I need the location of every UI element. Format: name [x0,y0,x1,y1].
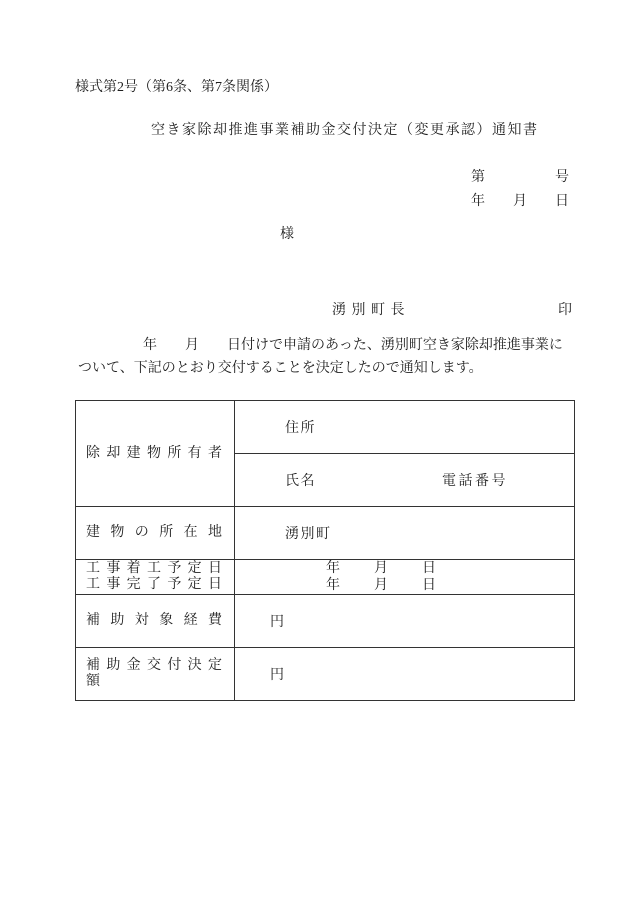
owner-name-label: 氏名 [285,474,316,489]
table-row-grant-amount: 補 助 金 交 付 決 定 額 円 [76,648,575,701]
owner-name-cell: 氏名電話番号 [235,454,575,507]
start-date-value: 年 月 日 [235,560,574,577]
grant-unit: 円 [270,668,284,683]
form-number: 様式第2号（第6条、第7条関係） [75,79,278,97]
issue-date-line: 年 月 日 [390,193,569,211]
owner-label-cell: 除 却 建 物 所 有 者 [76,401,235,507]
body-paragraph-line-2: ついて、下記のとおり交付することを決定したので通知します。 [78,360,483,378]
grant-detail-table: 除 却 建 物 所 有 者 住所 氏名電話番号 建 物 の 所 在 地 湧別町 [75,400,575,701]
construction-dates-value-cell: 年 月 日 年 月 日 [235,560,575,595]
body-paragraph-line-1: 年 月 日付けで申請のあった、湧別町空き家除却推進事業に [143,337,563,355]
grant-label-cell: 補 助 金 交 付 決 定 額 [76,648,235,701]
issuer-title: 湧 別 町 長 [332,302,406,320]
expense-unit: 円 [270,615,284,630]
owner-label: 除 却 建 物 所 有 者 [76,446,234,462]
location-label: 建 物 の 所 在 地 [76,525,234,541]
location-value: 湧別町 [285,527,332,542]
table-row-owner-address: 除 却 建 物 所 有 者 住所 [76,401,575,454]
addressee-suffix: 様 [280,226,294,244]
grant-value-cell: 円 [235,648,575,701]
expense-value-cell: 円 [235,595,575,648]
owner-address-cell: 住所 [235,401,575,454]
seal-placeholder: 印 [558,302,572,320]
doc-number-line: 第 号 [390,169,569,187]
grant-label: 補 助 金 交 付 決 定 額 [76,658,234,690]
location-value-cell: 湧別町 [235,507,575,560]
table-row-location: 建 物 の 所 在 地 湧別町 [76,507,575,560]
table-row-construction-dates: 工 事 着 工 予 定 日 工 事 完 了 予 定 日 年 月 日 年 月 日 [76,560,575,595]
end-date-value: 年 月 日 [235,577,574,594]
document-page: 様式第2号（第6条、第7条関係） 空き家除却推進事業補助金交付決定（変更承認）通… [0,0,630,903]
start-date-label: 工 事 着 工 予 定 日 [76,561,234,577]
expense-label: 補 助 対 象 経 費 [76,613,234,629]
expense-label-cell: 補 助 対 象 経 費 [76,595,235,648]
end-date-label: 工 事 完 了 予 定 日 [76,577,234,593]
location-label-cell: 建 物 の 所 在 地 [76,507,235,560]
table-row-expense: 補 助 対 象 経 費 円 [76,595,575,648]
construction-dates-label-cell: 工 事 着 工 予 定 日 工 事 完 了 予 定 日 [76,560,235,595]
owner-phone-label: 電話番号 [442,474,508,489]
document-title: 空き家除却推進事業補助金交付決定（変更承認）通知書 [151,122,539,140]
owner-address-label: 住所 [285,421,316,436]
